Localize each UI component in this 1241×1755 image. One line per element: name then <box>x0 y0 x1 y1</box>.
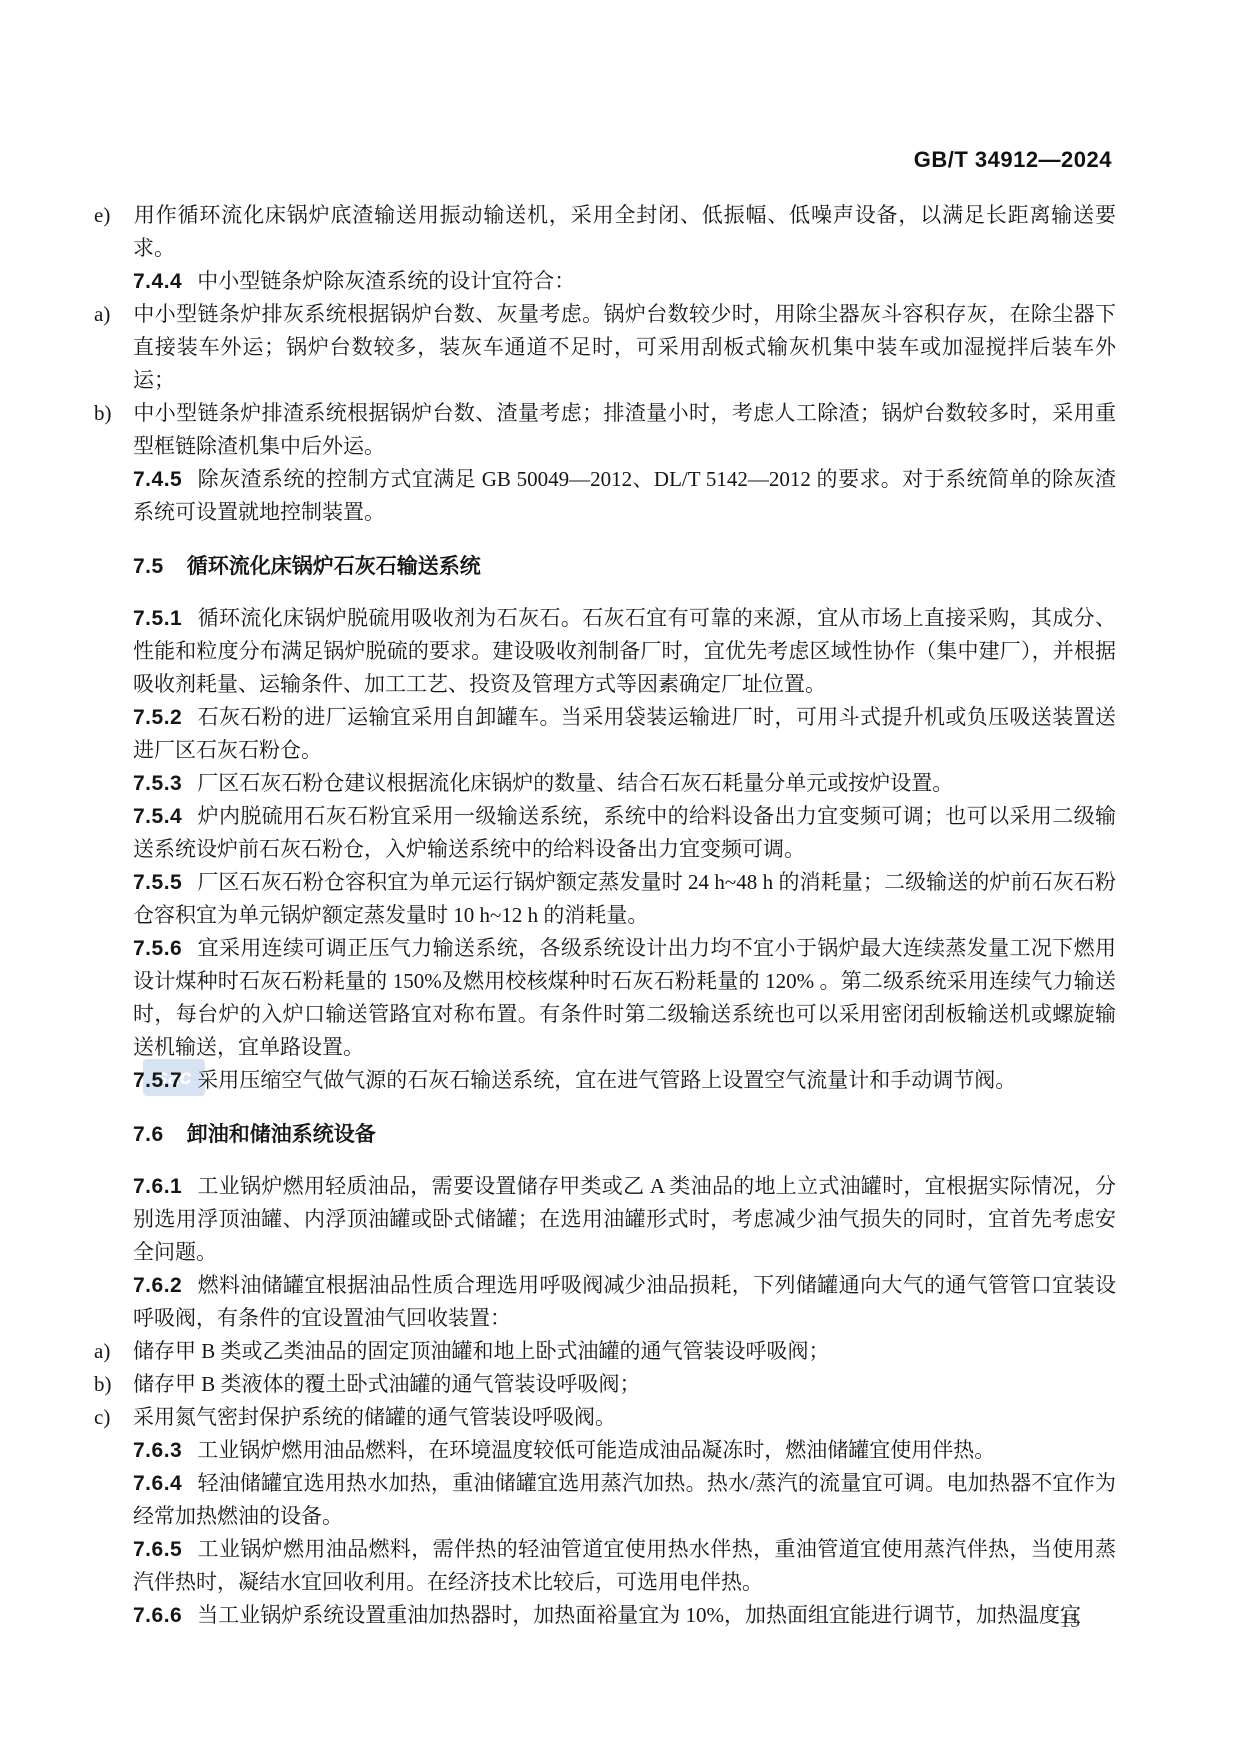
list-item-text: 中小型链条炉排渣系统根据锅炉台数、渣量考虑；排渣量小时，考虑人工除渣；锅炉台数较… <box>133 401 1116 458</box>
clause-number: 7.5.2 <box>133 706 182 729</box>
clause-text: 厂区石灰石粉仓建议根据流化床锅炉的数量、结合石灰石耗量分单元或按炉设置。 <box>197 771 953 795</box>
clause-7.6.5: 7.6.5工业锅炉燃用油品燃料，需伴热的轻油管道宜使用热水伴热，重油管道宜使用蒸… <box>133 1533 1116 1599</box>
list-item-b: b)中小型链条炉排渣系统根据锅炉台数、渣量考虑；排渣量小时，考虑人工除渣；锅炉台… <box>133 397 1116 463</box>
clause-7.6.2: 7.6.2燃料油储罐宜根据油品性质合理选用呼吸阀减少油品损耗，下列储罐通向大气的… <box>133 1269 1116 1335</box>
clause-7.4.5: 7.4.5除灰渣系统的控制方式宜满足 GB 50049—2012、DL/T 51… <box>133 463 1116 529</box>
clause-text: 循环流化床锅炉脱硫用吸收剂为石灰石。石灰石宜有可靠的来源，宜从市场上直接采购，其… <box>133 606 1116 696</box>
clause-text: 除灰渣系统的控制方式宜满足 GB 50049—2012、DL/T 5142—20… <box>133 467 1116 524</box>
list-item-a: a)中小型链条炉排灰系统根据锅炉台数、灰量考虑。锅炉台数较少时，用除尘器灰斗容积… <box>133 298 1116 397</box>
clause-number: 7.6.6 <box>133 1604 182 1627</box>
list-item-text: 储存甲 B 类或乙类油品的固定顶油罐和地上卧式油罐的通气管装设呼吸阀； <box>133 1339 830 1363</box>
clause-text: 工业锅炉燃用油品燃料，需伴热的轻油管道宜使用热水伴热，重油管道宜使用蒸汽伴热，当… <box>133 1537 1116 1594</box>
heading-title: 循环流化床锅炉石灰石输送系统 <box>187 555 481 578</box>
clause-number: 7.5.4 <box>133 805 182 828</box>
clause-7.5.4: 7.5.4炉内脱硫用石灰石粉宜采用一级输送系统，系统中的给料设备出力宜变频可调；… <box>133 800 1116 866</box>
clause-number: 7.5.6 <box>133 937 182 960</box>
clause-text: 轻油储罐宜选用热水加热，重油储罐宜选用蒸汽加热。热水/蒸汽的流量宜可调。电加热器… <box>133 1471 1116 1528</box>
clause-number: 7.5.5 <box>133 871 182 894</box>
clause-7.5.5: 7.5.5厂区石灰石粉仓容积宜为单元运行锅炉额定蒸发量时 24 h~48 h 的… <box>133 866 1116 932</box>
clause-text: 工业锅炉燃用轻质油品，需要设置储存甲类或乙 A 类油品的地上立式油罐时，宜根据实… <box>133 1174 1116 1264</box>
clause-7.5.6: 7.5.6宜采用连续可调正压气力输送系统，各级系统设计出力均不宜小于锅炉最大连续… <box>133 932 1116 1064</box>
heading-number: 7.5 <box>133 555 164 578</box>
clause-number: 7.4.4 <box>133 270 182 293</box>
clause-number: 7.6.4 <box>133 1472 182 1495</box>
clause-7.5.2: 7.5.2石灰石粉的进厂运输宜采用自卸罐车。当采用袋装运输进厂时，可用斗式提升机… <box>133 701 1116 767</box>
clause-7.6.6: 7.6.6当工业锅炉系统设置重油加热器时，加热面裕量宜为 10%，加热面组宜能进… <box>133 1599 1116 1632</box>
list-item-label: e) <box>94 199 133 232</box>
list-item-c: c)采用氮气密封保护系统的储罐的通气管装设呼吸阀。 <box>133 1401 1116 1434</box>
list-item-label: a) <box>94 1335 133 1368</box>
list-item-text: 中小型链条炉排灰系统根据锅炉台数、灰量考虑。锅炉台数较少时，用除尘器灰斗容积存灰… <box>133 302 1116 392</box>
clause-text: 燃料油储罐宜根据油品性质合理选用呼吸阀减少油品损耗，下列储罐通向大气的通气管管口… <box>133 1273 1116 1330</box>
clause-text: 当工业锅炉系统设置重油加热器时，加热面裕量宜为 10%，加热面组宜能进行调节，加… <box>197 1603 1081 1627</box>
clause-number: 7.5.3 <box>133 772 182 795</box>
list-item-label: b) <box>94 1368 133 1401</box>
clause-number: 7.5.7 <box>133 1069 182 1092</box>
doc-number-header: GB/T 34912—2024 <box>914 147 1112 173</box>
list-item-text: 用作循环流化床锅炉底渣输送用振动输送机，采用全封闭、低振幅、低噪声设备，以满足长… <box>133 203 1116 260</box>
clause-text: 石灰石粉的进厂运输宜采用自卸罐车。当采用袋装运输进厂时，可用斗式提升机或负压吸送… <box>133 705 1116 762</box>
document-body: e)用作循环流化床锅炉底渣输送用振动输送机，采用全封闭、低振幅、低噪声设备，以满… <box>133 199 1116 1632</box>
list-item-b: b)储存甲 B 类液体的覆土卧式油罐的通气管装设呼吸阀； <box>133 1368 1116 1401</box>
clause-7.5.7: 7.5.7采用压缩空气做气源的石灰石输送系统，宜在进气管路上设置空气流量计和手动… <box>133 1064 1116 1097</box>
clause-number: 7.6.1 <box>133 1175 182 1198</box>
clause-7.4.4: 7.4.4中小型链条炉除灰渣系统的设计宜符合： <box>133 265 1116 298</box>
clause-text: 厂区石灰石粉仓容积宜为单元运行锅炉额定蒸发量时 24 h~48 h 的消耗量；二… <box>133 870 1116 927</box>
heading-title: 卸油和储油系统设备 <box>187 1123 376 1146</box>
clause-number: 7.6.2 <box>133 1274 182 1297</box>
clause-7.6.4: 7.6.4轻油储罐宜选用热水加热，重油储罐宜选用蒸汽加热。热水/蒸汽的流量宜可调… <box>133 1467 1116 1533</box>
clause-text: 采用压缩空气做气源的石灰石输送系统，宜在进气管路上设置空气流量计和手动调节阀。 <box>197 1068 1016 1092</box>
clause-number: 7.5.1 <box>133 607 182 630</box>
clause-text: 宜采用连续可调正压气力输送系统，各级系统设计出力均不宜小于锅炉最大连续蒸发量工况… <box>133 936 1116 1059</box>
section-heading-7.6: 7.6卸油和储油系统设备 <box>133 1118 1116 1151</box>
clause-7.5.1: 7.5.1循环流化床锅炉脱硫用吸收剂为石灰石。石灰石宜有可靠的来源，宜从市场上直… <box>133 602 1116 701</box>
clause-7.6.3: 7.6.3工业锅炉燃用油品燃料，在环境温度较低可能造成油品凝冻时，燃油储罐宜使用… <box>133 1434 1116 1467</box>
list-item-a: a)储存甲 B 类或乙类油品的固定顶油罐和地上卧式油罐的通气管装设呼吸阀； <box>133 1335 1116 1368</box>
list-item-e: e)用作循环流化床锅炉底渣输送用振动输送机，采用全封闭、低振幅、低噪声设备，以满… <box>133 199 1116 265</box>
clause-text: 工业锅炉燃用油品燃料，在环境温度较低可能造成油品凝冻时，燃油储罐宜使用伴热。 <box>197 1438 995 1462</box>
list-item-text: 采用氮气密封保护系统的储罐的通气管装设呼吸阀。 <box>133 1405 616 1429</box>
list-item-label: a) <box>94 298 133 331</box>
list-item-label: c) <box>94 1401 133 1434</box>
list-item-text: 储存甲 B 类液体的覆土卧式油罐的通气管装设呼吸阀； <box>133 1372 641 1396</box>
clause-7.5.3: 7.5.3厂区石灰石粉仓建议根据流化床锅炉的数量、结合石灰石耗量分单元或按炉设置… <box>133 767 1116 800</box>
list-item-label: b) <box>94 397 133 430</box>
clause-7.6.1: 7.6.1工业锅炉燃用轻质油品，需要设置储存甲类或乙 A 类油品的地上立式油罐时… <box>133 1170 1116 1269</box>
clause-text: 炉内脱硫用石灰石粉宜采用一级输送系统，系统中的给料设备出力宜变频可调；也可以采用… <box>133 804 1116 861</box>
heading-number: 7.6 <box>133 1123 164 1146</box>
section-heading-7.5: 7.5循环流化床锅炉石灰石输送系统 <box>133 550 1116 583</box>
clause-text: 中小型链条炉除灰渣系统的设计宜符合： <box>197 269 575 293</box>
clause-number: 7.4.5 <box>133 468 182 491</box>
clause-number: 7.6.3 <box>133 1439 182 1462</box>
standard-document-page: GB/T 34912—2024 sac e)用作循环流化床锅炉底渣输送用振动输送… <box>0 0 1241 1755</box>
clause-number: 7.6.5 <box>133 1538 182 1561</box>
